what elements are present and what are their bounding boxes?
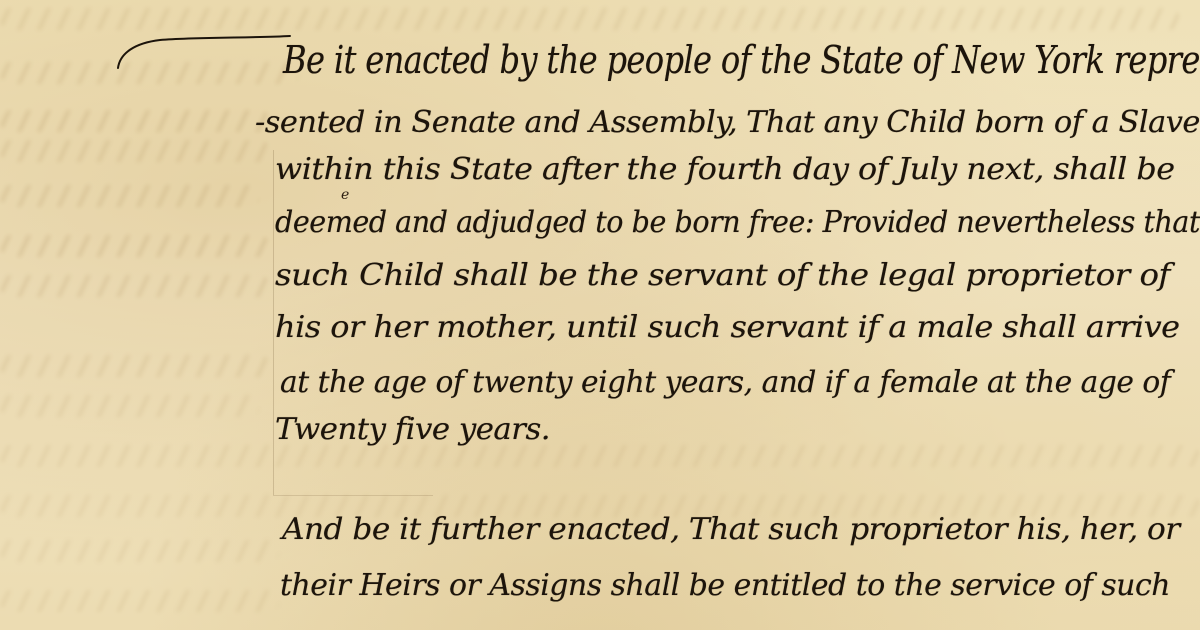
manuscript-page: Be it enacted by the people of the State…	[0, 0, 1200, 630]
manuscript-line: -sented in Senate and Assembly, That any…	[255, 105, 1200, 140]
manuscript-line: within this State after the fourth day o…	[275, 152, 1175, 187]
manuscript-text: Be it enacted by the people of the State…	[0, 0, 1200, 630]
manuscript-line: Twenty five years.	[275, 412, 550, 447]
manuscript-line: their Heirs or Assigns shall be entitled…	[280, 568, 1170, 603]
insertion-mark: e	[341, 187, 349, 203]
manuscript-line: at the age of twenty eight years, and if…	[280, 365, 1170, 400]
manuscript-line: such Child shall be the servant of the l…	[275, 258, 1170, 293]
manuscript-line: And be it further enacted, That such pro…	[282, 512, 1180, 547]
manuscript-line: Be it enacted by the people of the State…	[283, 38, 1200, 82]
manuscript-line: deemed and adjudged to be born free: Pro…	[275, 205, 1200, 240]
manuscript-line: his or her mother, until such servant if…	[275, 310, 1180, 345]
